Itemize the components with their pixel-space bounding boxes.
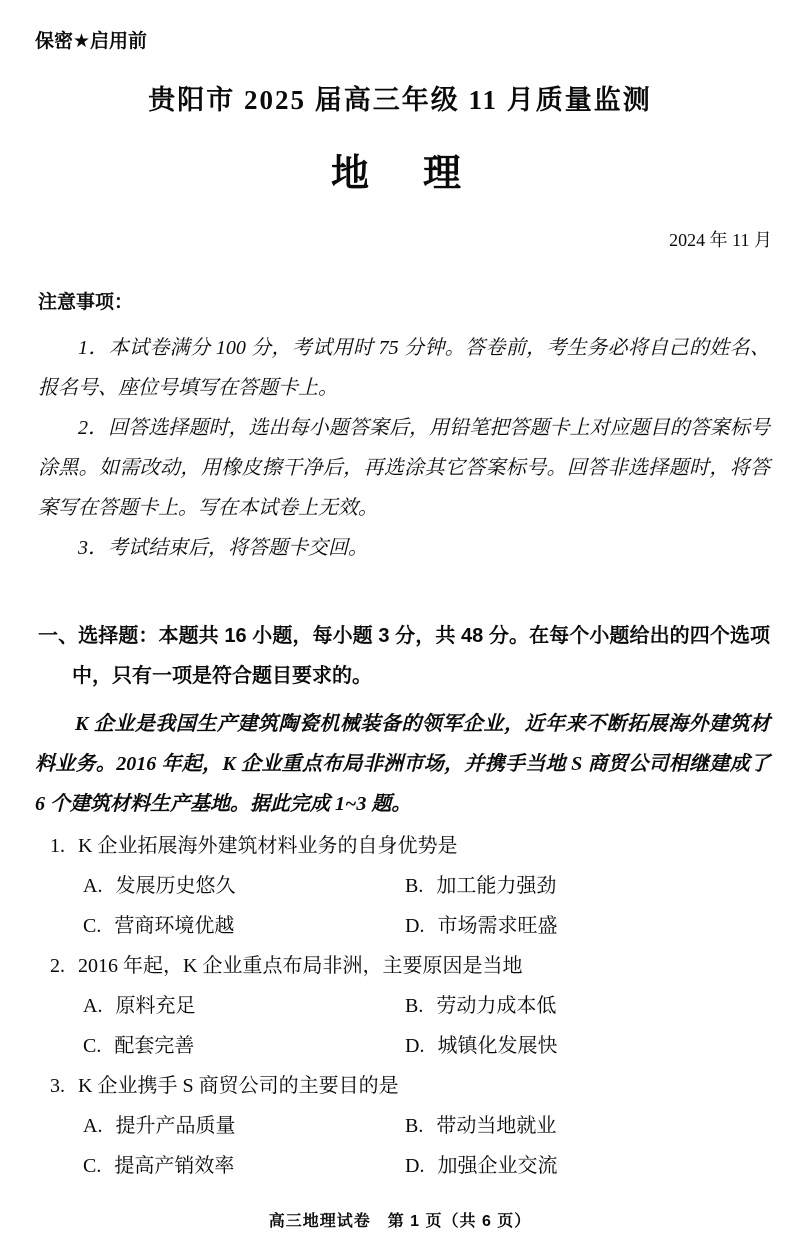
question-1: 1. K 企业拓展海外建筑材料业务的自身优势是 A. 发展历史悠久 B. 加工能… xyxy=(38,826,770,946)
option-d: D. 加强企业交流 xyxy=(405,1146,557,1186)
question-3: 3. K 企业携手 S 商贸公司的主要目的是 A. 提升产品质量 B. 带动当地… xyxy=(38,1066,770,1186)
note-item: 1．本试卷满分 100 分，考试用时 75 分钟。答卷前，考生务必将自己的姓名、… xyxy=(38,328,770,408)
question-stem: 1. K 企业拓展海外建筑材料业务的自身优势是 xyxy=(38,826,770,866)
page-footer: 高三地理试卷 第 1 页（共 6 页） xyxy=(0,1208,800,1231)
option-label: A. xyxy=(83,986,102,1026)
question-passage: K 企业是我国生产建筑陶瓷机械装备的领军企业，近年来不断拓展海外建筑材料业务。2… xyxy=(35,704,770,824)
option-a: A. 原料充足 xyxy=(83,986,405,1026)
option-b: B. 加工能力强劲 xyxy=(405,866,556,906)
question-text: K 企业拓展海外建筑材料业务的自身优势是 xyxy=(78,826,457,866)
questions-list: 1. K 企业拓展海外建筑材料业务的自身优势是 A. 发展历史悠久 B. 加工能… xyxy=(38,826,770,1186)
question-stem: 3. K 企业携手 S 商贸公司的主要目的是 xyxy=(38,1066,770,1106)
option-row: A. 原料充足 B. 劳动力成本低 xyxy=(83,986,770,1026)
option-text: 带动当地就业 xyxy=(436,1106,556,1146)
option-row: C. 提高产销效率 D. 加强企业交流 xyxy=(83,1146,770,1186)
question-2: 2. 2016 年起，K 企业重点布局非洲，主要原因是当地 A. 原料充足 B.… xyxy=(38,946,770,1066)
security-notice: 保密★启用前 xyxy=(35,26,147,53)
option-text: 劳动力成本低 xyxy=(436,986,556,1026)
option-label: A. xyxy=(83,1106,102,1146)
option-text: 营商环境优越 xyxy=(114,906,234,946)
option-text: 市场需求旺盛 xyxy=(437,906,557,946)
option-d: D. 市场需求旺盛 xyxy=(405,906,557,946)
option-text: 原料充足 xyxy=(115,986,195,1026)
question-stem: 2. 2016 年起，K 企业重点布局非洲，主要原因是当地 xyxy=(38,946,770,986)
option-text: 加工能力强劲 xyxy=(436,866,556,906)
question-text: 2016 年起，K 企业重点布局非洲，主要原因是当地 xyxy=(78,946,522,986)
option-label: B. xyxy=(405,866,423,906)
option-text: 提高产销效率 xyxy=(114,1146,234,1186)
option-row: C. 配套完善 D. 城镇化发展快 xyxy=(83,1026,770,1066)
option-label: A. xyxy=(83,866,102,906)
option-a: A. 发展历史悠久 xyxy=(83,866,405,906)
option-label: B. xyxy=(405,1106,423,1146)
exam-paper-page: 保密★启用前 贵阳市 2025 届高三年级 11 月质量监测 地 理 2024 … xyxy=(0,0,800,1260)
question-number: 3. xyxy=(50,1066,78,1106)
notes-section: 注意事项： 1．本试卷满分 100 分，考试用时 75 分钟。答卷前，考生务必将… xyxy=(38,290,770,568)
option-b: B. 带动当地就业 xyxy=(405,1106,556,1146)
option-label: C. xyxy=(83,1146,101,1186)
notes-heading: 注意事项： xyxy=(38,290,770,316)
exam-date: 2024 年 11 月 xyxy=(669,226,772,252)
option-text: 配套完善 xyxy=(114,1026,194,1066)
option-a: A. 提升产品质量 xyxy=(83,1106,405,1146)
option-label: C. xyxy=(83,1026,101,1066)
note-item: 2．回答选择题时，选出每小题答案后，用铅笔把答题卡上对应题目的答案标号涂黑。如需… xyxy=(38,408,770,528)
option-text: 加强企业交流 xyxy=(437,1146,557,1186)
question-number: 1. xyxy=(50,826,78,866)
option-row: A. 发展历史悠久 B. 加工能力强劲 xyxy=(83,866,770,906)
subject-title: 地 理 xyxy=(0,142,800,197)
note-item: 3．考试结束后，将答题卡交回。 xyxy=(38,528,770,568)
option-row: C. 营商环境优越 D. 市场需求旺盛 xyxy=(83,906,770,946)
option-c: C. 提高产销效率 xyxy=(83,1146,405,1186)
option-text: 提升产品质量 xyxy=(115,1106,235,1146)
question-number: 2. xyxy=(50,946,78,986)
option-text: 发展历史悠久 xyxy=(115,866,235,906)
exam-title: 贵阳市 2025 届高三年级 11 月质量监测 xyxy=(0,78,800,117)
option-label: C. xyxy=(83,906,101,946)
option-label: D. xyxy=(405,1026,424,1066)
option-label: B. xyxy=(405,986,423,1026)
option-row: A. 提升产品质量 B. 带动当地就业 xyxy=(83,1106,770,1146)
option-d: D. 城镇化发展快 xyxy=(405,1026,557,1066)
option-c: C. 配套完善 xyxy=(83,1026,405,1066)
option-label: D. xyxy=(405,1146,424,1186)
option-c: C. 营商环境优越 xyxy=(83,906,405,946)
option-label: D. xyxy=(405,906,424,946)
section-one-heading: 一、选择题：本题共 16 小题，每小题 3 分，共 48 分。在每个小题给出的四… xyxy=(38,616,770,696)
option-text: 城镇化发展快 xyxy=(437,1026,557,1066)
question-text: K 企业携手 S 商贸公司的主要目的是 xyxy=(78,1066,399,1106)
option-b: B. 劳动力成本低 xyxy=(405,986,556,1026)
